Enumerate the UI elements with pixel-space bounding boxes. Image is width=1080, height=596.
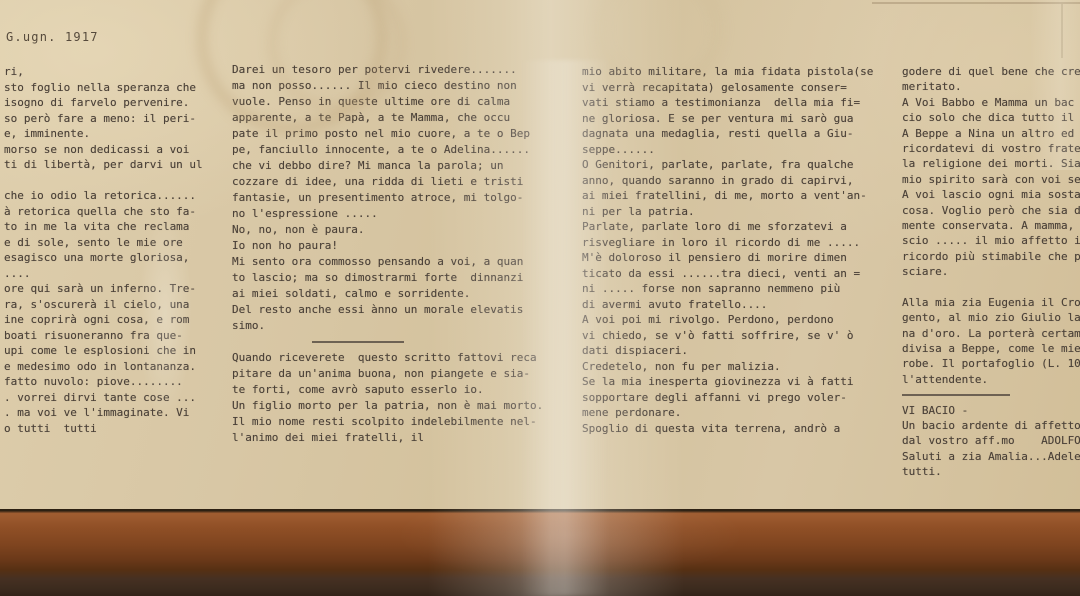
letter-line: meritato. (902, 79, 1080, 94)
photo-of-framed-letter: G.ugn. 1917 ri,sto foglio nella speranza… (0, 0, 1080, 596)
letter-line: morso se non dedicassi a voi (4, 142, 240, 158)
letter-line: Io non ho paura! (232, 238, 532, 254)
wood-frame (0, 509, 1080, 596)
letter-line: Credetelo, non fu per malizia. (582, 359, 884, 375)
letter-line: dagnata una medaglia, resti quella a Giu… (582, 126, 884, 142)
letter-line: sto foglio nella speranza che (4, 80, 240, 96)
letter-line: divisa a Beppe, come le mie (902, 341, 1080, 356)
letter-line: ricordo più stimabile che pos (902, 249, 1080, 264)
letter-line: scio ..... il mio affetto imme (902, 233, 1080, 248)
letter-paper: G.ugn. 1917 ri,sto foglio nella speranza… (0, 0, 1080, 509)
letter-line: M'è doloroso il pensiero di morire dimen (582, 250, 884, 266)
letter-line: robe. Il portafoglio (L. 100) l (902, 356, 1080, 371)
letter-line: isogno di farvelo pervenire. (4, 95, 240, 111)
letter-line: godere di quel bene che cred (902, 64, 1080, 79)
letter-line: so però fare a meno: il peri- (4, 111, 240, 127)
letter-line: l'animo dei miei fratelli, il (232, 430, 532, 446)
letter-line: to lascio; ma so dimostrarmi forte dinna… (232, 270, 532, 286)
letter-line: ra, s'oscurerà il cielo, una (4, 297, 240, 313)
letter-line: o tutti tutti (4, 421, 240, 437)
letter-line: Il mio nome resti scolpito indelebilment… (232, 414, 532, 430)
letter-date: G.ugn. 1917 (6, 30, 99, 44)
letter-line: No, no, non è paura. (232, 222, 532, 238)
letter-line: mente conservata. A mamma, (902, 218, 1080, 233)
letter-line: vi verrà recapitata) gelosamente conser= (582, 80, 884, 96)
letter-line: upi come le esplosioni che in (4, 343, 240, 359)
letter-line: ticato da essi ......tra dieci, venti an… (582, 266, 884, 282)
letter-line: ai miei fratellini, di me, morto a vent'… (582, 188, 884, 204)
letter-line: mio spirito sarà con voi semp (902, 172, 1080, 187)
letter-line: seppe...... (582, 142, 884, 158)
letter-line: Parlate, parlate loro di me sforzatevi a (582, 219, 884, 235)
letter-line: Spoglio di questa vita terrena, andrò a (582, 421, 884, 437)
letter-line: Darei un tesoro per potervi rivedere....… (232, 62, 532, 78)
mat-edge-line (872, 2, 1080, 4)
column-divider-rule (232, 334, 532, 350)
letter-line: cozzare di idee, una ridda di lieti e tr… (232, 174, 532, 190)
letter-line: che io odio la retorica...... (4, 188, 240, 204)
letter-line: vuole. Penso in queste ultime ore di cal… (232, 94, 532, 110)
letter-line: ine coprirà ogni cosa, e rom (4, 312, 240, 328)
letter-line: Del resto anche essi ànno un morale elev… (232, 302, 532, 318)
letter-line: pitare da un'anima buona, non piangete e… (232, 366, 532, 382)
letter-line: te forti, come avrò saputo esserlo io. (232, 382, 532, 398)
letter-line: vati stiamo a testimonianza della mia fi… (582, 95, 884, 111)
letter-line: e, imminente. (4, 126, 240, 142)
letter-line: esagisco una morte gloriosa, (4, 250, 240, 266)
letter-line: tutti. (902, 464, 1080, 479)
letter-line: no l'espressione ..... (232, 206, 532, 222)
letter-line: la religione dei morti. Siate (902, 156, 1080, 171)
letter-line: boati risuoneranno fra que- (4, 328, 240, 344)
letter-line: Se la mia inesperta giovinezza vi à fatt… (582, 374, 884, 390)
letter-line: Un bacio ardente di affetto (902, 418, 1080, 433)
letter-column-1: ri,sto foglio nella speranza cheisogno d… (4, 64, 240, 436)
letter-line: ti di libertà, per darvi un ul (4, 157, 240, 173)
letter-line: simo. (232, 318, 532, 334)
letter-line: .... (4, 266, 240, 282)
letter-line: apparente, a te Papà, a te Mamma, che oc… (232, 110, 532, 126)
letter-line: di avermi avuto fratello.... (582, 297, 884, 313)
letter-column-2: Darei un tesoro per potervi rivedere....… (232, 62, 532, 446)
letter-line: vi chiedo, se v'ò fatti soffrire, se v' … (582, 328, 884, 344)
blank-line (4, 173, 240, 189)
letter-line: . ma voi ve l'immaginate. Vi (4, 405, 240, 421)
letter-line: A Beppe a Nina un altro ed u (902, 126, 1080, 141)
letter-line: pe, fanciullo innocente, a te o Adelina.… (232, 142, 532, 158)
letter-line: ri, (4, 64, 240, 80)
blank-line (902, 279, 1080, 294)
letter-line: ore qui sarà un inferno. Tre- (4, 281, 240, 297)
letter-line: A voi lascio ogni mia sostanz (902, 187, 1080, 202)
letter-line: . vorrei dirvi tante cose ... (4, 390, 240, 406)
letter-line: gento, al mio zio Giulio la m (902, 310, 1080, 325)
letter-line: O Genitori, parlate, parlate, fra qualch… (582, 157, 884, 173)
letter-column-3: mio abito militare, la mia fidata pistol… (582, 64, 884, 436)
letter-line: Mi sento ora commosso pensando a voi, a … (232, 254, 532, 270)
letter-line: cosa. Voglio però che sia da (902, 203, 1080, 218)
letter-line: Alla mia zia Eugenia il Croce (902, 295, 1080, 310)
letter-line: risvegliare in loro il ricordo di me ...… (582, 235, 884, 251)
letter-line: VI BACIO - (902, 403, 1080, 418)
letter-line: dal vostro aff.mo ADOLFO (902, 433, 1080, 448)
letter-column-4: godere di quel bene che credmeritato.A V… (902, 64, 1080, 480)
letter-line: A Voi Babbo e Mamma un bac (902, 95, 1080, 110)
letter-line: l'attendente. (902, 372, 1080, 387)
letter-line: sopportare degli affanni vi prego voler- (582, 390, 884, 406)
column-divider-rule (902, 387, 1080, 402)
letter-line: ricordatevi di vostro fratello (902, 141, 1080, 156)
letter-line: ne gloriosa. E se per ventura mi sarò gu… (582, 111, 884, 127)
letter-line: ai miei soldati, calmo e sorridente. (232, 286, 532, 302)
letter-line: e medesimo odo in lontananza. (4, 359, 240, 375)
letter-line: fatto nuvolo: piove........ (4, 374, 240, 390)
letter-line: Quando riceverete questo scritto fattovi… (232, 350, 532, 366)
letter-line: dati dispiaceri. (582, 343, 884, 359)
letter-line: cio solo che dica tutto il mio (902, 110, 1080, 125)
letter-line: che vi debbo dire? Mi manca la parola; u… (232, 158, 532, 174)
letter-line: Saluti a zia Amalia...Adele a (902, 449, 1080, 464)
letter-line: na d'oro. La porterà certame (902, 326, 1080, 341)
letter-line: e di sole, sento le mie ore (4, 235, 240, 251)
letter-line: to in me la vita che reclama (4, 219, 240, 235)
letter-line: ni per la patria. (582, 204, 884, 220)
letter-line: mio abito militare, la mia fidata pistol… (582, 64, 884, 80)
letter-line: sciare. (902, 264, 1080, 279)
letter-line: fantasie, un presentimento atroce, mi to… (232, 190, 532, 206)
mat-edge-line (1061, 4, 1063, 58)
letter-line: pate il primo posto nel mio cuore, a te … (232, 126, 532, 142)
letter-line: ni ..... forse non sapranno nemmeno più (582, 281, 884, 297)
letter-line: ma non posso...... Il mio cieco destino … (232, 78, 532, 94)
letter-line: à retorica quella che sto fa- (4, 204, 240, 220)
letter-line: anno, quando saranno in grado di capirvi… (582, 173, 884, 189)
letter-line: Un figlio morto per la patria, non è mai… (232, 398, 532, 414)
letter-line: A voi poi mi rivolgo. Perdono, perdono (582, 312, 884, 328)
letter-line: mene perdonare. (582, 405, 884, 421)
